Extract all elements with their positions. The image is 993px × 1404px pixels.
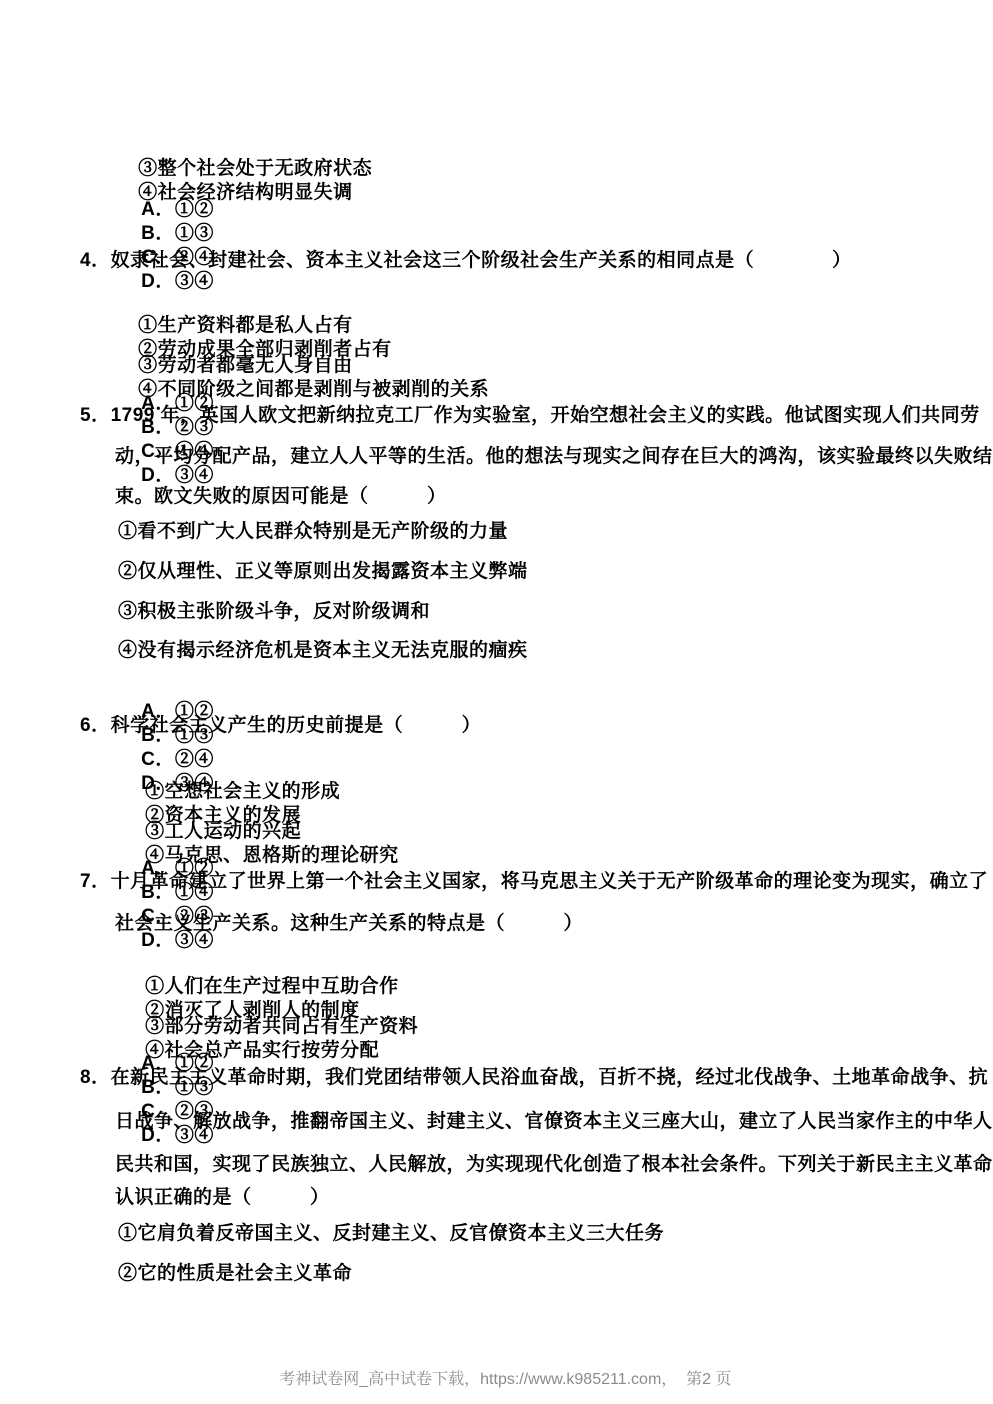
q8-sub1: ①它肩负着反帝国主义、反封建主义、反官僚资本主义三大任务 xyxy=(118,1222,664,1246)
q7-answer-row: A．①② B．①③ C．②③ D．③④ xyxy=(118,1028,318,1172)
q5-sub4: ④没有揭示经济危机是资本主义无法克服的痼疾 xyxy=(118,639,528,663)
q8-stem-line-3: 民共和国，实现了民族独立、人民解放，为实现现代化创造了根本社会条件。下列关于新民… xyxy=(115,1153,993,1177)
q4-stem: 4．奴隶社会、封建社会、资本主义社会这三个阶级社会生产关系的相同点是（ ） xyxy=(80,249,852,273)
q3-answer-a: A．①② xyxy=(141,198,286,222)
q8-sub2: ②它的性质是社会主义革命 xyxy=(118,1262,352,1286)
q5-stem-line-2: 动，平均分配产品，建立人人平等的生活。他的想法与现实之间存在巨大的鸿沟，该实验最… xyxy=(115,445,993,469)
q5-stem-line-1: 5．1799 年，英国人欧文把新纳拉克工厂作为实验室，开始空想社会主义的实践。他… xyxy=(80,404,980,428)
footer-site-text: 考神试卷网_高中试卷下载， xyxy=(279,1371,480,1388)
q8-stem-line-1: 8．在新民主主义革命时期，我们党团结带领人民浴血奋战，百折不挠，经过北伐战争、土… xyxy=(80,1066,988,1090)
footer-page-number: ， 第2 页 xyxy=(661,1371,731,1388)
q5-sub3: ③积极主张阶级斗争，反对阶级调和 xyxy=(118,600,430,624)
q8-stem-line-2: 日战争、解放战争，推翻帝国主义、封建主义、官僚资本主义三座大山，建立了人民当家作… xyxy=(115,1110,993,1134)
q3-answer-b: B．①③ xyxy=(141,222,318,246)
q7-stem-line-2: 社会主义生产关系。这种生产关系的特点是（ ） xyxy=(115,912,583,936)
q5-sub1: ①看不到广大人民群众特别是无产阶级的力量 xyxy=(118,520,508,544)
q8-stem-line-4: 认识正确的是（ ） xyxy=(115,1186,330,1210)
q6-stem: 6．科学社会主义产生的历史前提是（ ） xyxy=(80,714,481,738)
footer-url-link[interactable]: https://www.k985211.com xyxy=(480,1371,661,1388)
q3-answer-d: D．③④ xyxy=(141,271,214,292)
exam-page: ③整个社会处于无政府状态 ④社会经济结构明显失调 A．①② B．①③ C．②④ … xyxy=(0,0,993,1404)
q5-stem-line-3: 束。欧文失败的原因可能是（ ） xyxy=(115,485,447,509)
q7-stem-line-1: 7．十月革命建立了世界上第一个社会主义国家，将马克思主义关于无产阶级革命的理论变… xyxy=(80,870,988,894)
page-footer: 考神试卷网_高中试卷下载，https://www.k985211.com， 第2… xyxy=(0,1348,993,1404)
q5-sub2: ②仅从理性、正义等原则出发揭露资本主义弊端 xyxy=(118,560,528,584)
